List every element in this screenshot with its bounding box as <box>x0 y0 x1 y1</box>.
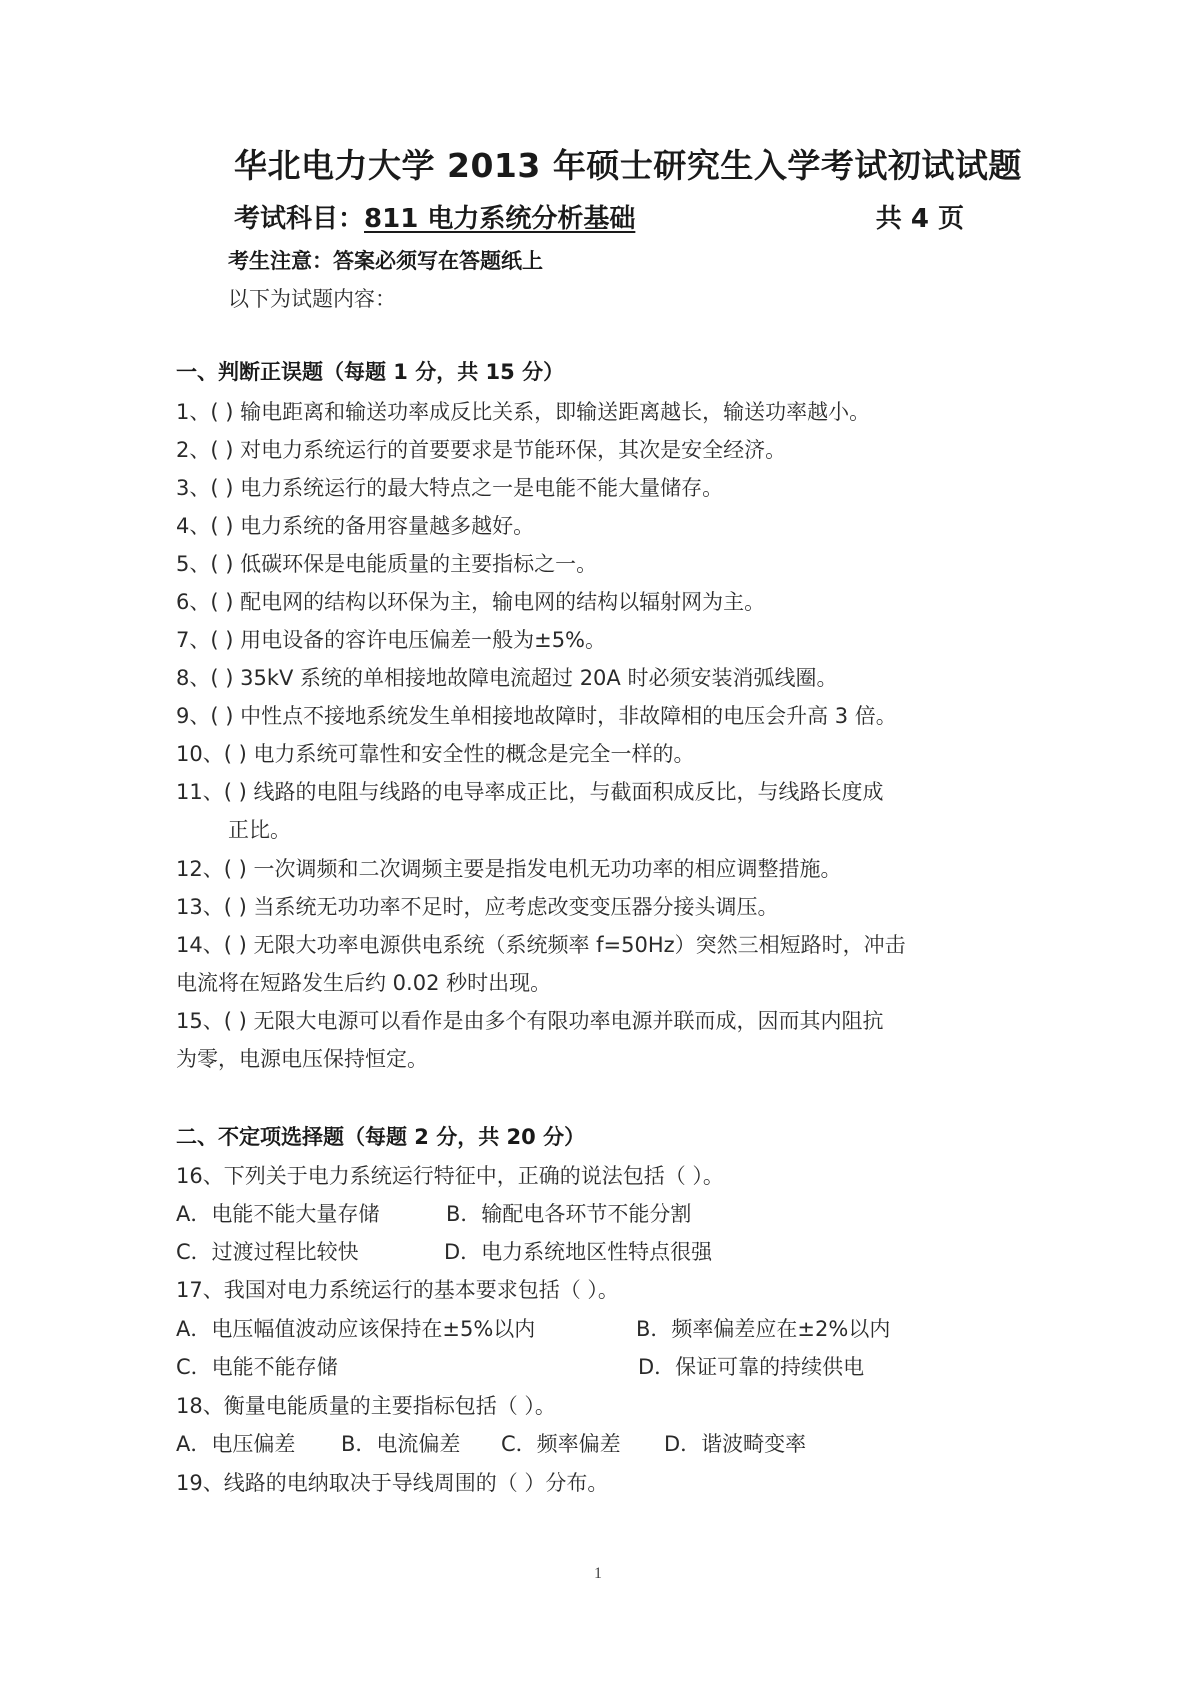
q18-option-a: A．电压偏差 <box>176 1428 295 1458</box>
page-count: 共 4 页 <box>876 198 964 235</box>
question-16: 16、下列关于电力系统运行特征中，正确的说法包括（ ）。 <box>176 1160 724 1190</box>
question-5: 5、( ) 低碳环保是电能质量的主要指标之一。 <box>176 548 597 578</box>
question-1: 1、( ) 输电距离和输送功率成反比关系，即输送距离越长，输送功率越小。 <box>176 396 870 426</box>
q18-option-b: B．电流偏差 <box>341 1428 460 1458</box>
question-9: 9、( ) 中性点不接地系统发生单相接地故障时，非故障相的电压会升高 3 倍。 <box>176 700 897 730</box>
question-18: 18、衡量电能质量的主要指标包括（ ）。 <box>176 1390 556 1420</box>
question-3: 3、( ) 电力系统运行的最大特点之一是电能不能大量储存。 <box>176 472 723 502</box>
subject-label-text: 考试科目： <box>234 204 364 234</box>
section1-heading: 一、判断正误题（每题 1 分，共 15 分） <box>176 356 564 386</box>
question-2: 2、( ) 对电力系统运行的首要要求是节能环保，其次是安全经济。 <box>176 434 786 464</box>
question-6: 6、( ) 配电网的结构以环保为主，输电网的结构以辐射网为主。 <box>176 586 765 616</box>
question-17-options-cd: C．电能不能存储 D．保证可靠的持续供电 <box>176 1351 1076 1381</box>
question-11: 11、( ) 线路的电阻与线路的电导率成正比，与截面积成反比，与线路长度成 <box>176 776 883 806</box>
question-19: 19、线路的电纳取决于导线周围的（ ）分布。 <box>176 1467 608 1497</box>
question-10: 10、( ) 电力系统可靠性和安全性的概念是完全一样的。 <box>176 738 694 768</box>
question-7: 7、( ) 用电设备的容许电压偏差一般为±5%。 <box>176 624 606 654</box>
question-18-options: A．电压偏差 B．电流偏差 C．频率偏差 D．谐波畸变率 <box>176 1428 1076 1458</box>
question-17-options-ab: A．电压幅值波动应该保持在±5%以内 B．频率偏差应在±2%以内 <box>176 1313 1076 1343</box>
q17-option-a: A．电压幅值波动应该保持在±5%以内 <box>176 1313 535 1343</box>
page-number: 1 <box>594 1565 602 1583</box>
q16-option-d: D．电力系统地区性特点很强 <box>444 1236 712 1266</box>
q18-option-d: D．谐波畸变率 <box>664 1428 806 1458</box>
subject-label: 考试科目：811 电力系统分析基础 <box>234 198 635 235</box>
q16-option-a: A．电能不能大量存储 <box>176 1198 379 1228</box>
question-14-cont: 电流将在短路发生后约 0.02 秒时出现。 <box>176 967 551 997</box>
q17-option-c: C．电能不能存储 <box>176 1351 338 1381</box>
q17-option-b: B．频率偏差应在±2%以内 <box>636 1313 890 1343</box>
q18-option-c: C．频率偏差 <box>501 1428 621 1458</box>
question-16-options-ab: A．电能不能大量存储 B．输配电各环节不能分割 <box>176 1198 1076 1228</box>
q16-option-b: B．输配电各环节不能分割 <box>446 1198 691 1228</box>
subject-row: 考试科目：811 电力系统分析基础 共 4 页 <box>234 198 964 238</box>
question-14: 14、( ) 无限大功率电源供电系统（系统频率 f=50Hz）突然三相短路时，冲… <box>176 929 906 959</box>
question-17: 17、我国对电力系统运行的基本要求包括（ ）。 <box>176 1274 619 1304</box>
question-4: 4、( ) 电力系统的备用容量越多越好。 <box>176 510 534 540</box>
exam-page: 华北电力大学 2013 年硕士研究生入学考试初试试题 考试科目：811 电力系统… <box>0 0 1190 1683</box>
question-16-options-cd: C．过渡过程比较快 D．电力系统地区性特点很强 <box>176 1236 1076 1266</box>
q17-option-d: D．保证可靠的持续供电 <box>638 1351 864 1381</box>
question-11-cont: 正比。 <box>228 814 291 844</box>
question-8: 8、( ) 35kV 系统的单相接地故障电流超过 20A 时必须安装消弧线圈。 <box>176 662 837 692</box>
candidate-notice: 考生注意：答案必须写在答题纸上 <box>228 245 543 275</box>
question-15-cont: 为零，电源电压保持恒定。 <box>176 1043 428 1073</box>
exam-title: 华北电力大学 2013 年硕士研究生入学考试初试试题 <box>234 140 964 187</box>
question-13: 13、( ) 当系统无功功率不足时，应考虑改变变压器分接头调压。 <box>176 891 778 921</box>
q16-option-c: C．过渡过程比较快 <box>176 1236 359 1266</box>
intro-text: 以下为试题内容： <box>228 283 396 313</box>
subject-name: 811 电力系统分析基础 <box>364 204 635 234</box>
section2-heading: 二、不定项选择题（每题 2 分，共 20 分） <box>176 1121 585 1151</box>
question-15: 15、( ) 无限大电源可以看作是由多个有限功率电源并联而成，因而其内阻抗 <box>176 1005 883 1035</box>
question-12: 12、( ) 一次调频和二次调频主要是指发电机无功功率的相应调整措施。 <box>176 853 841 883</box>
